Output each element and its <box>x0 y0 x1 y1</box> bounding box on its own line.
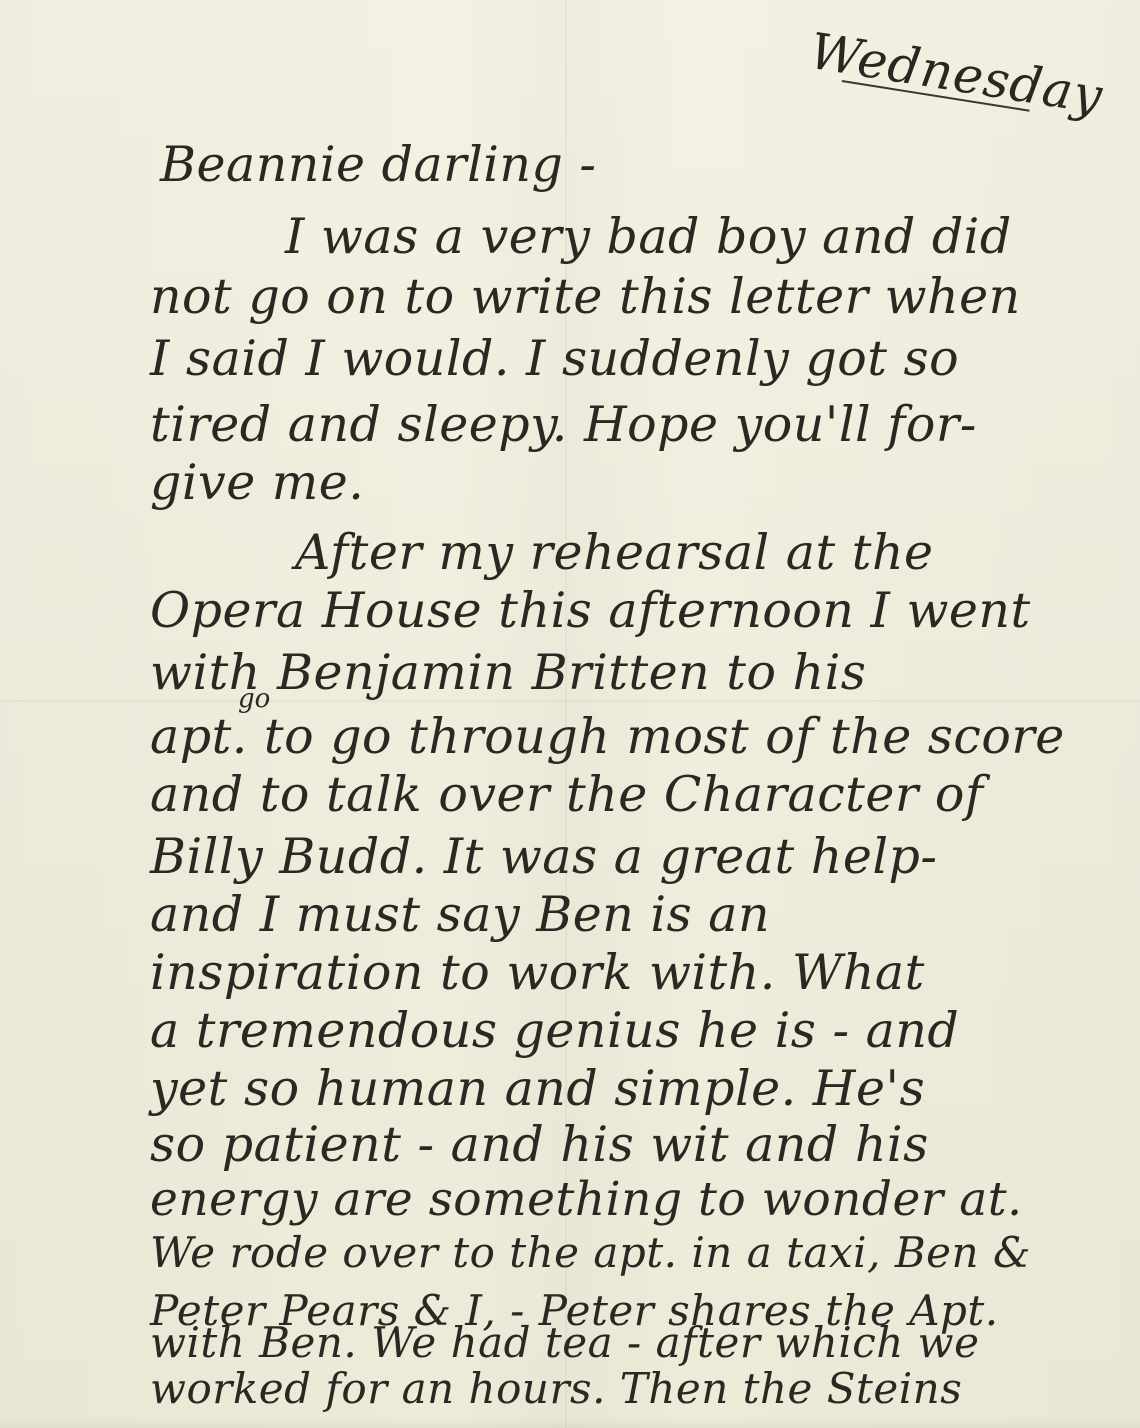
letter-line-15: yet so human and simple. He's <box>150 1064 925 1113</box>
letter-line-14: a tremendous genius he is - and <box>150 1006 959 1055</box>
letter-line-9: apt. to go through most of the score <box>150 712 1065 761</box>
letter-line-18: We rode over to the apt. in a taxi, Ben … <box>150 1232 1031 1274</box>
letter-line-1: I was a very bad boy and did <box>285 212 1012 261</box>
letter-line-12: and I must say Ben is an <box>150 890 770 939</box>
letter-page: Wednesday Beannie darling - I was a very… <box>0 0 1140 1428</box>
letter-line-7: Opera House this afternoon I went <box>150 586 1031 635</box>
letter-line-11: Billy Budd. It was a great help- <box>150 832 937 881</box>
date-heading: Wednesday <box>806 22 1107 126</box>
letter-line-21: worked for an hours. Then the Steins <box>150 1368 962 1410</box>
letter-line-6: After my rehearsal at the <box>295 528 934 577</box>
letter-line-17: energy are something to wonder at. <box>150 1176 1023 1223</box>
letter-line-4: tired and sleepy. Hope you'll for- <box>150 400 977 449</box>
letter-line-10: and to talk over the Character of <box>150 770 984 819</box>
paper-bottom-edge <box>0 1418 1140 1428</box>
letter-line-16: so patient - and his wit and his <box>150 1120 929 1169</box>
salutation: Beannie darling - <box>160 140 596 189</box>
letter-line-20: with Ben. We had tea - after which we <box>150 1322 979 1364</box>
letter-line-13: inspiration to work with. What <box>150 948 925 997</box>
letter-line-2: not go on to write this letter when <box>150 272 1021 321</box>
letter-line-5: give me. <box>150 458 364 507</box>
letter-line-3: I said I would. I suddenly got so <box>150 334 959 383</box>
